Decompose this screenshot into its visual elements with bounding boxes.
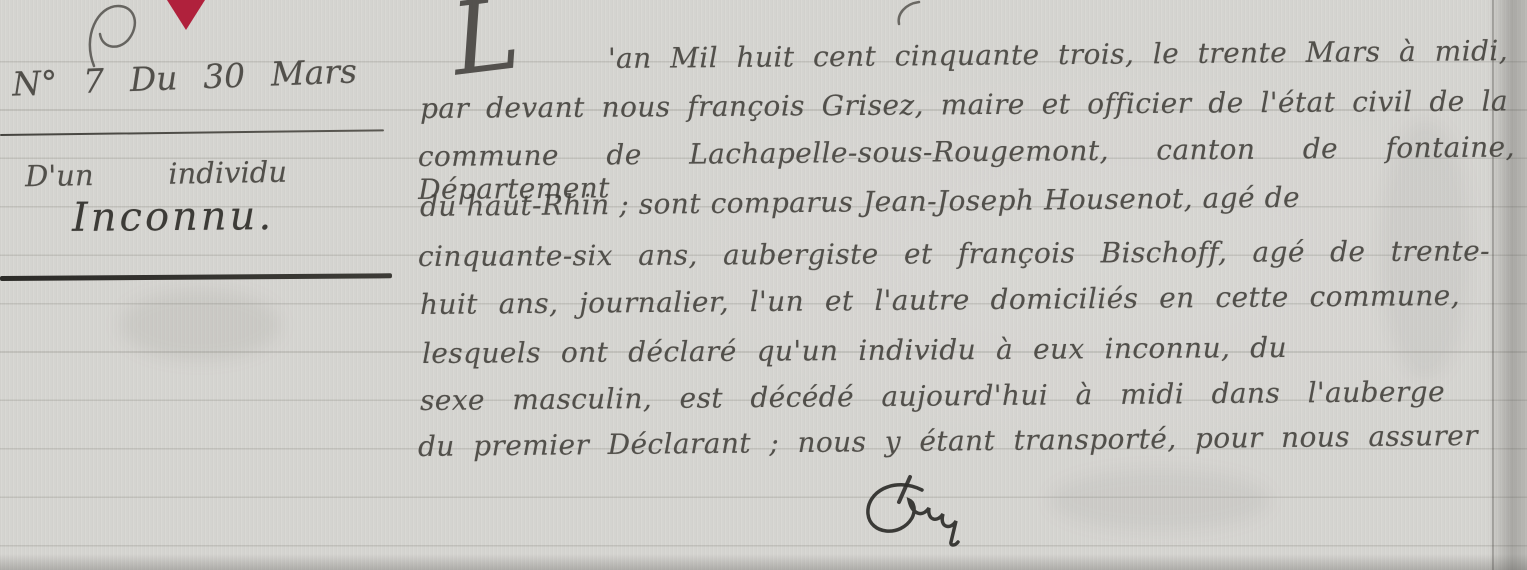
ink-stroke-icon bbox=[895, 474, 915, 506]
scanned-register-page: N° 7 Du 30 Mars D'un individu Inconnu. L… bbox=[0, 0, 1527, 570]
act-title-line2: Inconnu. bbox=[72, 193, 274, 241]
text-line: cinquante-six ans, aubergiste et françoi… bbox=[418, 234, 1490, 273]
text-line: lesquels ont déclaré qu'un individu à eu… bbox=[422, 331, 1287, 370]
act-title-line1: D'un individu bbox=[25, 155, 288, 194]
ink-stroke-icon bbox=[893, 0, 923, 26]
red-arrow-marker-icon bbox=[167, 0, 205, 30]
page-edge-shadow-bottom bbox=[0, 554, 1527, 570]
text-line: 'an Mil huit cent cinquante trois, le tr… bbox=[608, 34, 1508, 75]
text-line: huit ans, journalier, l'un et l'autre do… bbox=[420, 279, 1460, 321]
text-line: du premier Déclarant ; nous y étant tran… bbox=[418, 419, 1478, 463]
text-line: par devant nous françois Grisez, maire e… bbox=[420, 84, 1508, 125]
ink-smudge bbox=[120, 290, 280, 360]
margin-divider-thin bbox=[0, 129, 384, 136]
drop-cap: L bbox=[445, 0, 525, 99]
text-line: sexe masculin, est décédé aujourd'hui à … bbox=[420, 375, 1445, 417]
page-edge-shadow-right bbox=[1488, 0, 1527, 570]
act-number: N° 7 Du 30 Mars bbox=[11, 51, 357, 103]
ink-smudge bbox=[1050, 470, 1270, 530]
margin-divider-thick bbox=[0, 273, 392, 281]
